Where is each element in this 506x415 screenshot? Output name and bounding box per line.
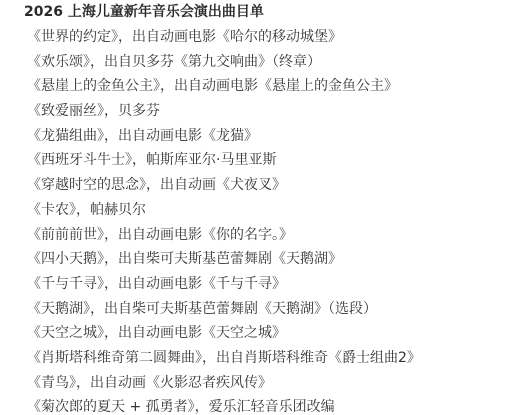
list-item: 《龙猫组曲》，出自动画电影《龙猫》 xyxy=(27,126,421,151)
list-item: 《悬崖上的金鱼公主》，出自动画电影《悬崖上的金鱼公主》 xyxy=(27,76,421,101)
list-item: 《天鹅湖》，出自柴可夫斯基芭蕾舞剧《天鹅湖》（选段） xyxy=(27,299,421,324)
list-item: 《青鸟》，出自动画《火影忍者疾风传》 xyxy=(27,373,421,398)
list-item: 《世界的约定》，出自动画电影《哈尔的移动城堡》 xyxy=(27,27,421,52)
list-item: 《四小天鹅》，出自柴可夫斯基芭蕾舞剧《天鹅湖》 xyxy=(27,249,421,274)
program-list: 《世界的约定》，出自动画电影《哈尔的移动城堡》 《欢乐颂》，出自贝多芬《第九交响… xyxy=(27,27,421,415)
list-item: 《卡农》，帕赫贝尔 xyxy=(27,200,421,225)
list-item: 《致爱丽丝》，贝多芬 xyxy=(27,101,421,126)
list-item: 《千与千寻》，出自动画电影《千与千寻》 xyxy=(27,274,421,299)
list-item: 《菊次郎的夏天 + 孤勇者》，爱乐汇轻音乐团改编 xyxy=(27,397,421,415)
list-item: 《穿越时空的思念》，出自动画《犬夜叉》 xyxy=(27,175,421,200)
list-item: 《西班牙斗牛士》，帕斯库亚尔·马里亚斯 xyxy=(27,150,421,175)
list-item: 《肖斯塔科维奇第二圆舞曲》，出自肖斯塔科维奇《爵士组曲2》 xyxy=(27,348,421,373)
list-item: 《欢乐颂》，出自贝多芬《第九交响曲》（终章） xyxy=(27,52,421,77)
list-item: 《天空之城》，出自动画电影《天空之城》 xyxy=(27,323,421,348)
page-title: 2026 上海儿童新年音乐会演出曲目单 xyxy=(24,2,264,22)
list-item: 《前前前世》，出自动画电影《你的名字。》 xyxy=(27,225,421,250)
